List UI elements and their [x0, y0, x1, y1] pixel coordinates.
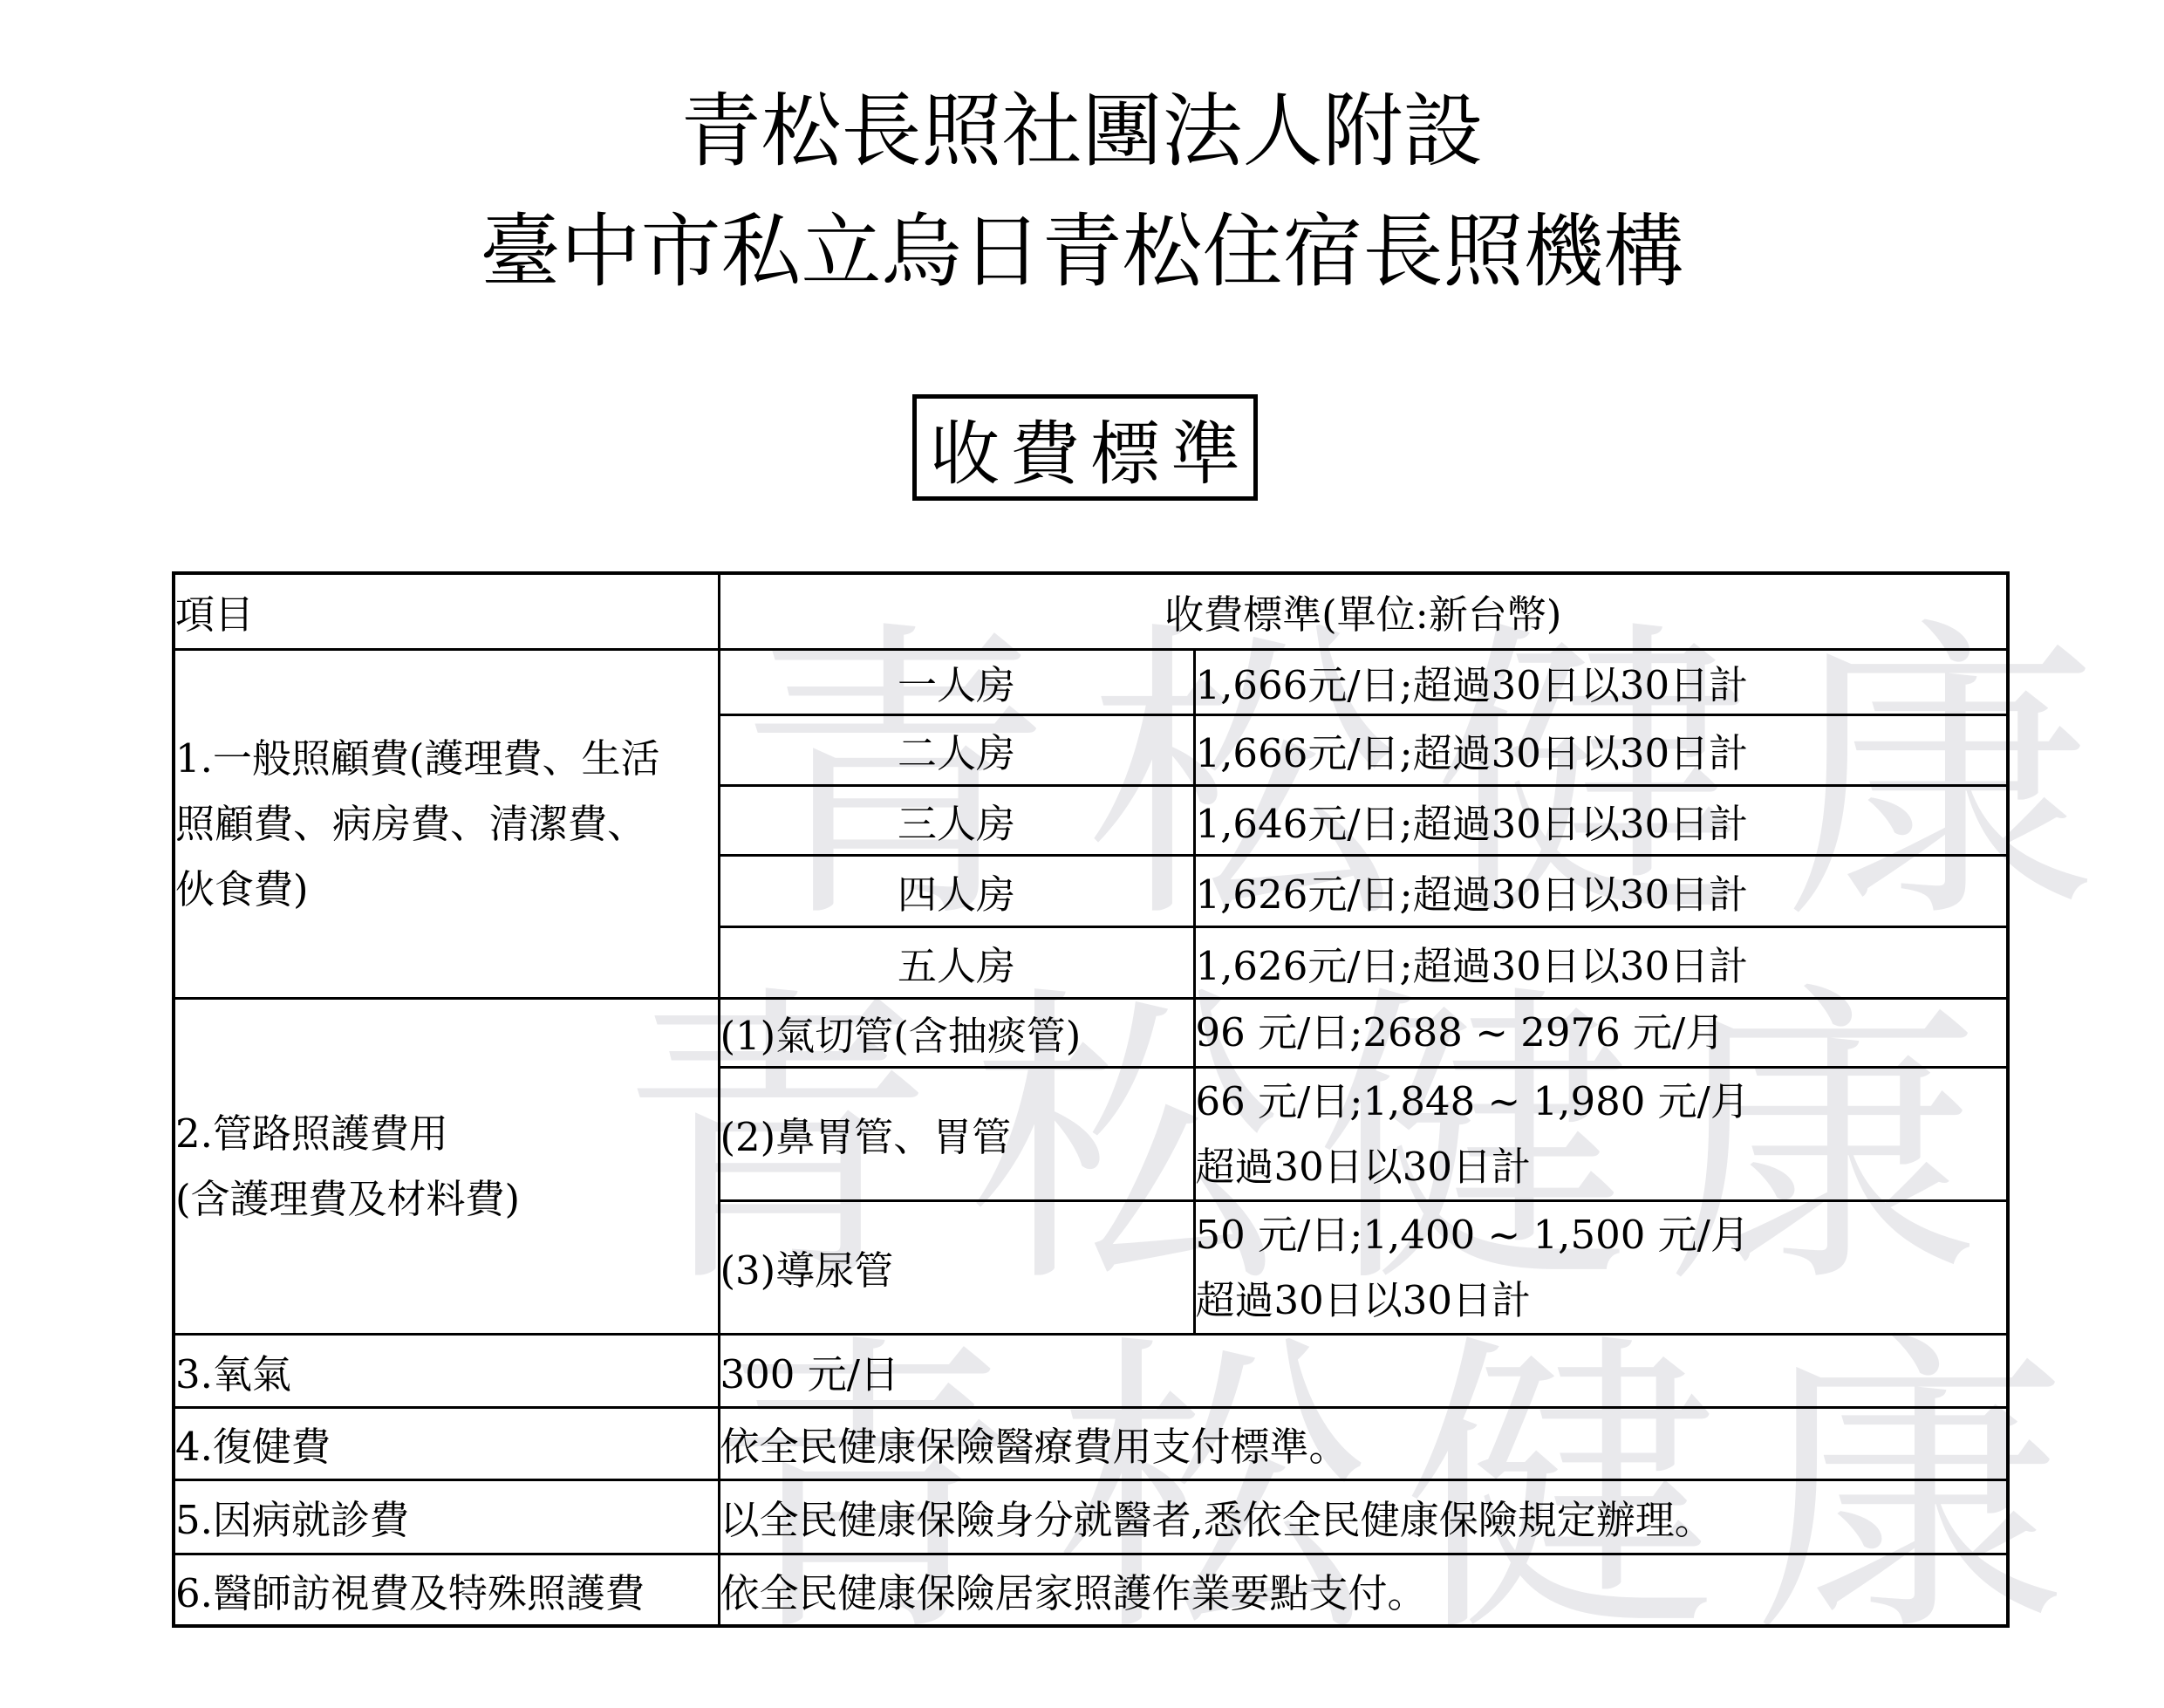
oxygen-label-cell: 3.氧氣 [174, 1334, 719, 1407]
general-care-label-line: 伙食費) [175, 857, 718, 922]
rehab-fee-cell: 依全民健康保險醫療費用支付標準。 [719, 1407, 2008, 1479]
tube-item-cell: (3)導尿管 [719, 1200, 1194, 1334]
doctor-visit-fee-cell: 依全民健康保險居家照護作業要點支付。 [719, 1554, 2008, 1626]
doctor-visit-label-cell: 6.醫師訪視費及特殊照護費 [174, 1554, 719, 1626]
fee-standard-box-title: 收費標準 [912, 394, 1258, 501]
tube-fee-line: 96 元/日;2688 ~ 2976 元/月 [1196, 1000, 2007, 1065]
room-type-cell: 四人房 [719, 855, 1194, 926]
fee-table: 項目 收費標準(單位:新台幣) 1.一般照顧費(護理費、生活 照顧費、病房費、清… [172, 571, 2010, 1628]
table-header-row: 項目 收費標準(單位:新台幣) [174, 573, 2008, 649]
general-care-label-cell: 1.一般照顧費(護理費、生活 照顧費、病房費、清潔費、 伙食費) [174, 649, 719, 998]
room-fee-cell: 1,646元/日;超過30日以30日計 [1194, 785, 2008, 855]
table-row: 4.復健費 依全民健康保險醫療費用支付標準。 [174, 1407, 2008, 1479]
tube-fee-line: 超過30日以30日計 [1196, 1134, 2007, 1199]
medical-visit-fee-cell: 以全民健康保險身分就醫者,悉依全民健康保險規定辦理。 [719, 1479, 2008, 1554]
tube-item-cell: (2)鼻胃管、胃管 [719, 1067, 1194, 1200]
room-type-cell: 五人房 [719, 926, 1194, 998]
table-row: 5.因病就診費 以全民健康保險身分就醫者,悉依全民健康保險規定辦理。 [174, 1479, 2008, 1554]
table-row: 1.一般照顧費(護理費、生活 照顧費、病房費、清潔費、 伙食費) 一人房 1,6… [174, 649, 2008, 714]
rehab-label-cell: 4.復健費 [174, 1407, 719, 1479]
title-line-1: 青松長照社團法人附設 [0, 87, 2164, 175]
oxygen-fee-cell: 300 元/日 [719, 1334, 2008, 1407]
tube-fee-cell: 50 元/日;1,400 ~ 1,500 元/月 超過30日以30日計 [1194, 1200, 2008, 1334]
title-line-2: 臺中市私立烏日青松住宿長照機構 [0, 208, 2164, 296]
tube-care-label-line: 2.管路照護費用 [175, 1101, 718, 1166]
room-fee-cell: 1,666元/日;超過30日以30日計 [1194, 649, 2008, 714]
tube-fee-line: 超過30日以30日計 [1196, 1267, 2007, 1333]
tube-fee-line: 50 元/日;1,400 ~ 1,500 元/月 [1196, 1202, 2007, 1267]
content-layer: 青松長照社團法人附設 臺中市私立烏日青松住宿長照機構 收費標準 項目 收費標準(… [0, 0, 2164, 1708]
header-fee-cell: 收費標準(單位:新台幣) [719, 573, 2008, 649]
table-row: 2.管路照護費用 (含護理費及材料費) (1)氣切管(含抽痰管) 96 元/日;… [174, 998, 2008, 1067]
room-type-cell: 三人房 [719, 785, 1194, 855]
tube-fee-cell: 96 元/日;2688 ~ 2976 元/月 [1194, 998, 2008, 1067]
document-page: 青松健康 青松健康 青松健康 青松長照社團法人附設 臺中市私立烏日青松住宿長照機… [0, 0, 2164, 1708]
tube-care-label-cell: 2.管路照護費用 (含護理費及材料費) [174, 998, 719, 1334]
table-row: 3.氧氣 300 元/日 [174, 1334, 2008, 1407]
tube-care-label-line: (含護理費及材料費) [175, 1166, 718, 1232]
room-fee-cell: 1,626元/日;超過30日以30日計 [1194, 855, 2008, 926]
medical-visit-label-cell: 5.因病就診費 [174, 1479, 719, 1554]
room-fee-cell: 1,666元/日;超過30日以30日計 [1194, 714, 2008, 785]
header-item-cell: 項目 [174, 573, 719, 649]
room-type-cell: 二人房 [719, 714, 1194, 785]
room-type-cell: 一人房 [719, 649, 1194, 714]
tube-item-cell: (1)氣切管(含抽痰管) [719, 998, 1194, 1067]
tube-fee-cell: 66 元/日;1,848 ~ 1,980 元/月 超過30日以30日計 [1194, 1067, 2008, 1200]
general-care-label-line: 1.一般照顧費(護理費、生活 [175, 726, 718, 791]
table-row: 6.醫師訪視費及特殊照護費 依全民健康保險居家照護作業要點支付。 [174, 1554, 2008, 1626]
tube-fee-line: 66 元/日;1,848 ~ 1,980 元/月 [1196, 1069, 2007, 1134]
general-care-label-line: 照顧費、病房費、清潔費、 [175, 791, 718, 857]
room-fee-cell: 1,626元/日;超過30日以30日計 [1194, 926, 2008, 998]
